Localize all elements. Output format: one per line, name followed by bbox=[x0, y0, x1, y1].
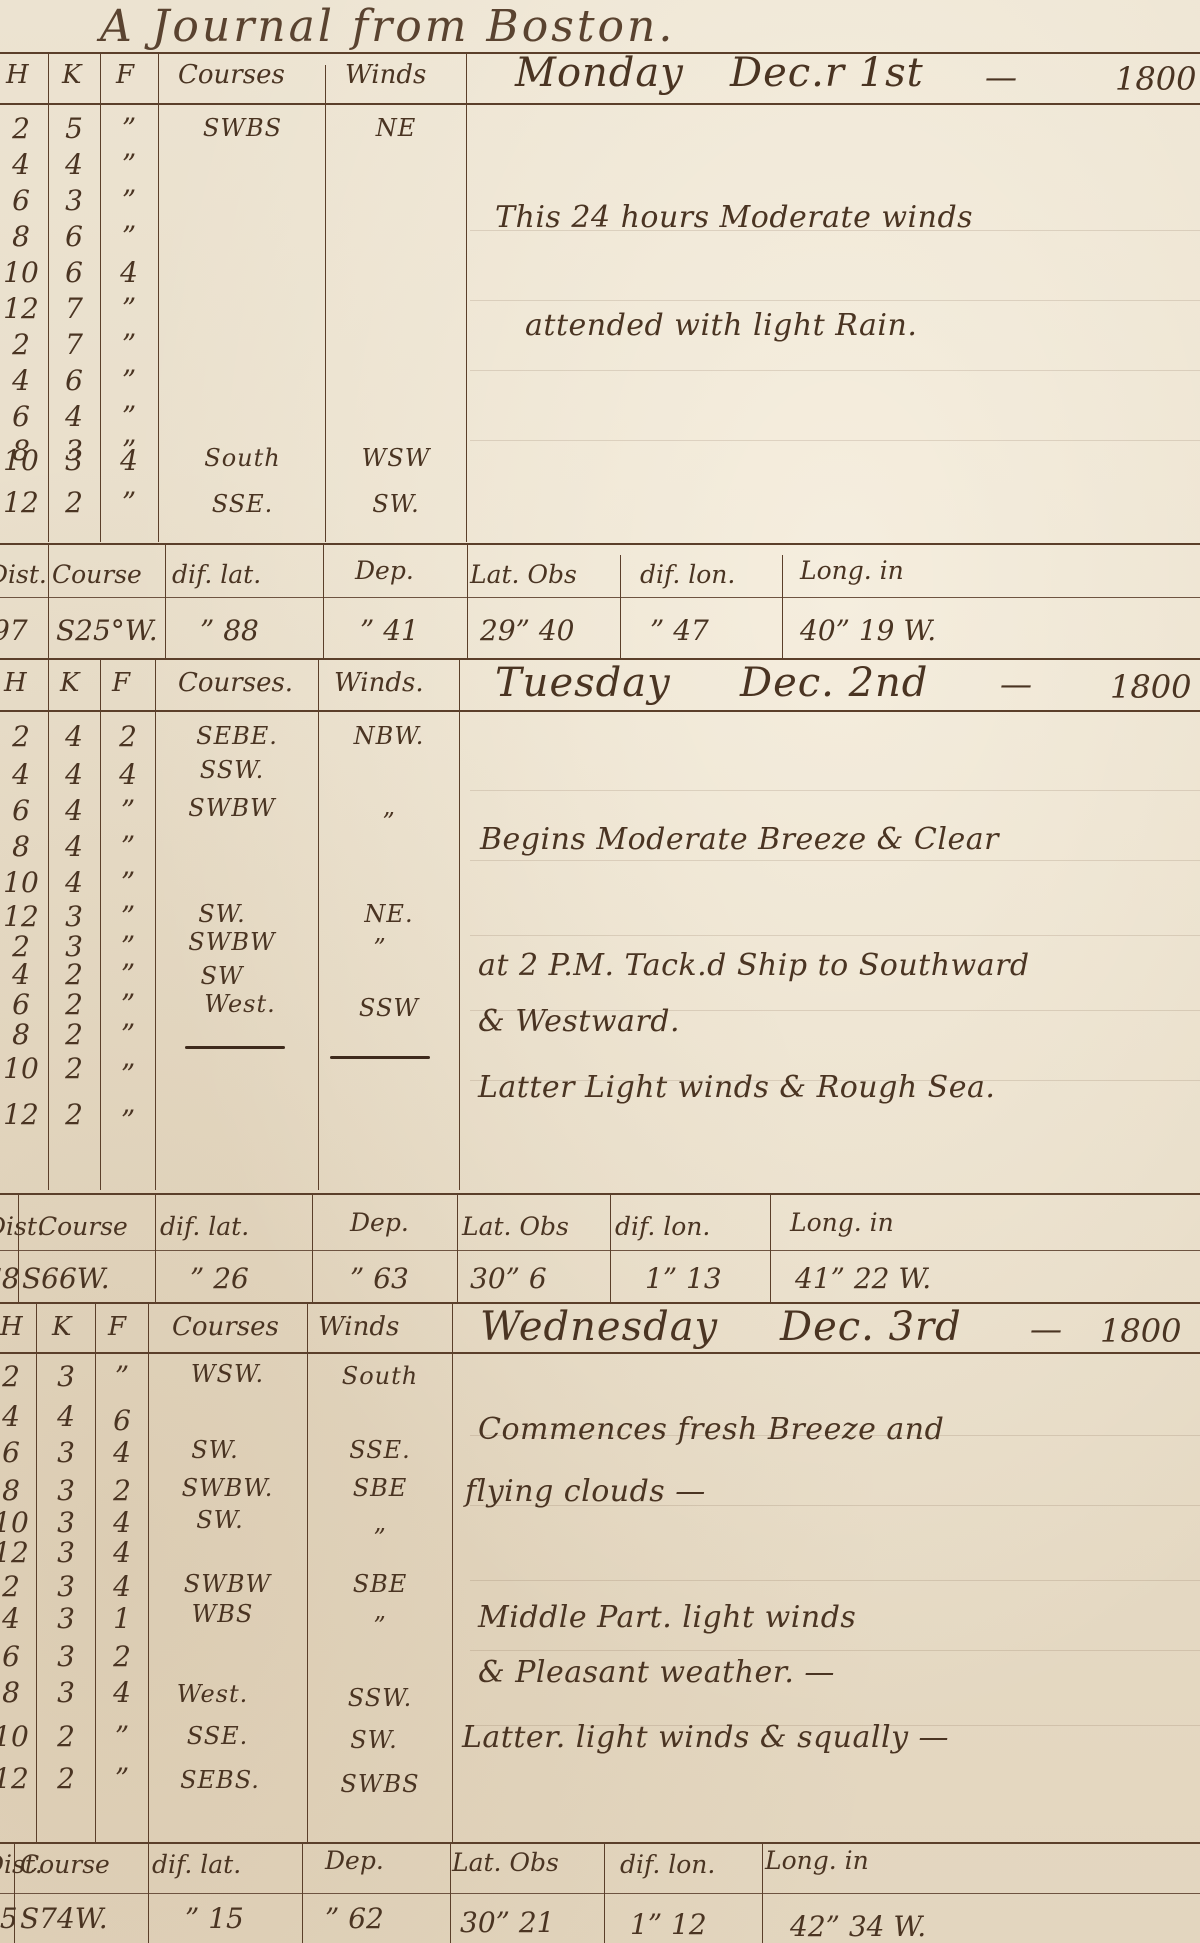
summary-header-dif-lat: dif. lat. bbox=[172, 560, 261, 589]
summary-dif-lon: ” 47 bbox=[650, 614, 709, 647]
fathoms-cell: ” bbox=[102, 866, 154, 899]
knots-cell: 2 bbox=[50, 1052, 98, 1085]
summary-header-course: Course bbox=[52, 560, 142, 589]
col-header-winds: Winds bbox=[318, 1312, 399, 1342]
col-header-winds: Winds bbox=[345, 60, 426, 90]
course-cell: SSE. bbox=[160, 490, 325, 518]
summary-long-in: 42” 34 W. bbox=[790, 1910, 926, 1943]
hour-cell: 8 bbox=[0, 1018, 42, 1051]
ruled-line bbox=[470, 1650, 1200, 1651]
fathoms-cell: ” bbox=[102, 1018, 154, 1051]
day-date: Dec. 2nd bbox=[740, 660, 928, 706]
col-header-hour: H bbox=[6, 60, 29, 90]
knots-cell: 4 bbox=[50, 866, 98, 899]
column-rule bbox=[100, 658, 101, 1190]
hour-cell: 10 bbox=[0, 1506, 32, 1539]
column-rule bbox=[450, 1842, 451, 1943]
col-header-winds: Winds. bbox=[334, 668, 424, 698]
summary-dist: 68 bbox=[0, 1262, 20, 1295]
remark-line: Latter. light winds & squally — bbox=[462, 1720, 949, 1755]
fathoms-cell: 2 bbox=[97, 1640, 147, 1673]
wind-cell: SW. bbox=[327, 490, 465, 518]
ruled-line bbox=[470, 935, 1200, 936]
journal-page: A Journal from Boston. H K F Courses Win… bbox=[0, 0, 1200, 1943]
course-cell: West. bbox=[150, 1680, 275, 1708]
hour-cell: 10 bbox=[0, 1052, 42, 1085]
wind-cell: WSW bbox=[327, 444, 465, 472]
rule bbox=[0, 1842, 1200, 1844]
col-header-courses: Courses bbox=[178, 60, 285, 90]
wind-cell: SWBS bbox=[309, 1770, 451, 1798]
knots-cell: 2 bbox=[50, 988, 98, 1021]
knots-cell: 4 bbox=[40, 1400, 92, 1433]
summary-header-dep: Dep. bbox=[355, 556, 414, 585]
summary-header-lat-obs: Lat. Obs bbox=[470, 560, 577, 589]
hour-cell: 6 bbox=[0, 1436, 32, 1469]
column-rule bbox=[318, 658, 319, 1190]
fathoms-cell: ” bbox=[102, 112, 156, 145]
remark-line: Latter Light winds & Rough Sea. bbox=[478, 1070, 995, 1105]
knots-cell: 3 bbox=[40, 1506, 92, 1539]
hour-cell: 2 bbox=[0, 112, 42, 145]
hour-cell: 12 bbox=[0, 292, 42, 325]
fathoms-cell: ” bbox=[102, 292, 156, 325]
date-dash: — bbox=[1000, 665, 1032, 703]
knots-cell: 7 bbox=[50, 292, 98, 325]
rule bbox=[0, 543, 1200, 545]
knots-cell: 3 bbox=[40, 1676, 92, 1709]
course-cell: SW. bbox=[157, 900, 287, 928]
wind-cell: ” bbox=[320, 934, 440, 962]
col-header-hour: H bbox=[0, 1312, 23, 1342]
knots-cell: 3 bbox=[50, 900, 98, 933]
course-cell: SWBW bbox=[157, 794, 307, 822]
col-header-knots: K bbox=[62, 60, 81, 90]
hour-cell: 6 bbox=[0, 794, 42, 827]
day-date: Dec. 3rd bbox=[780, 1304, 962, 1350]
fathoms-cell: ” bbox=[97, 1360, 147, 1393]
remark-line: This 24 hours Moderate winds bbox=[495, 200, 973, 235]
day-year: 1800 bbox=[1100, 1312, 1181, 1350]
day-weekday: Tuesday bbox=[495, 660, 671, 706]
remark-line: attended with light Rain. bbox=[525, 308, 917, 343]
hour-cell: 12 bbox=[0, 486, 42, 519]
wind-cell: NE. bbox=[320, 900, 458, 928]
knots-cell: 5 bbox=[50, 112, 98, 145]
column-rule bbox=[165, 543, 166, 658]
remark-line: Begins Moderate Breeze & Clear bbox=[480, 822, 999, 857]
course-cell: SSW. bbox=[157, 756, 307, 784]
fathoms-cell: 4 bbox=[97, 1506, 147, 1539]
wind-cell: SSW bbox=[320, 994, 458, 1022]
fathoms-cell: 6 bbox=[97, 1404, 147, 1437]
summary-header-dep: Dep. bbox=[350, 1208, 409, 1237]
knots-cell: 4 bbox=[50, 830, 98, 863]
hour-cell: 4 bbox=[0, 1400, 32, 1433]
ruled-line bbox=[470, 1580, 1200, 1581]
fathoms-cell: 2 bbox=[102, 720, 154, 753]
date-dash: — bbox=[1030, 1310, 1062, 1348]
remark-line: flying clouds — bbox=[465, 1474, 706, 1509]
column-rule bbox=[155, 1193, 156, 1302]
column-rule bbox=[48, 543, 49, 658]
hour-cell: 12 bbox=[0, 900, 42, 933]
knots-cell: 6 bbox=[50, 364, 98, 397]
hour-cell: 4 bbox=[0, 1602, 32, 1635]
fathoms-cell: 4 bbox=[97, 1436, 147, 1469]
hour-cell: 6 bbox=[0, 1640, 32, 1673]
knots-cell: 2 bbox=[40, 1720, 92, 1753]
column-rule bbox=[610, 1193, 611, 1302]
day-weekday: Monday bbox=[515, 50, 684, 96]
course-cell: SWBW. bbox=[150, 1474, 305, 1502]
rule bbox=[0, 1893, 1200, 1894]
hour-cell: 2 bbox=[0, 328, 42, 361]
fathoms-cell: ” bbox=[102, 184, 156, 217]
column-rule bbox=[302, 1842, 303, 1943]
fathoms-cell: ” bbox=[102, 328, 156, 361]
column-rule bbox=[158, 52, 159, 542]
col-header-courses: Courses. bbox=[178, 668, 293, 698]
ruled-line bbox=[470, 300, 1200, 301]
wind-cell: SBE bbox=[309, 1474, 451, 1502]
ruled-line bbox=[470, 860, 1200, 861]
ruled-line bbox=[470, 370, 1200, 371]
hour-cell: 6 bbox=[0, 400, 42, 433]
summary-header-dif-lon: dif. lon. bbox=[620, 1850, 715, 1879]
knots-cell: 3 bbox=[40, 1536, 92, 1569]
column-rule bbox=[155, 658, 156, 1190]
column-rule bbox=[782, 555, 783, 658]
course-cell: SW bbox=[157, 962, 287, 990]
fathoms-cell: 4 bbox=[97, 1676, 147, 1709]
column-rule bbox=[148, 1842, 149, 1943]
knots-cell: 6 bbox=[50, 220, 98, 253]
fathoms-cell: ” bbox=[97, 1762, 147, 1795]
hour-cell: 2 bbox=[0, 1570, 32, 1603]
course-cell: SW. bbox=[165, 1506, 275, 1534]
column-rule bbox=[762, 1842, 763, 1943]
column-rule bbox=[100, 52, 101, 542]
remark-line: Middle Part. light winds bbox=[478, 1600, 856, 1635]
fathoms-cell: ” bbox=[97, 1720, 147, 1753]
wind-cell: SSW. bbox=[309, 1684, 451, 1712]
hour-cell: 4 bbox=[0, 958, 42, 991]
fathoms-cell: 4 bbox=[97, 1570, 147, 1603]
col-header-hour: H bbox=[4, 668, 27, 698]
fathoms-cell: 4 bbox=[97, 1536, 147, 1569]
summary-header-dif-lon: dif. lon. bbox=[615, 1212, 710, 1241]
end-of-entry-stroke bbox=[185, 1046, 285, 1049]
column-rule bbox=[467, 543, 468, 658]
fathoms-cell: ” bbox=[102, 220, 156, 253]
summary-course: S74W. bbox=[20, 1902, 108, 1935]
summary-dist: 65 bbox=[0, 1902, 18, 1935]
column-rule bbox=[95, 1302, 96, 1842]
course-cell: SSE. bbox=[150, 1722, 285, 1750]
hour-cell: 2 bbox=[0, 1360, 32, 1393]
fathoms-cell: ” bbox=[102, 1104, 154, 1137]
wind-cell: NBW. bbox=[320, 722, 458, 750]
knots-cell: 3 bbox=[40, 1360, 92, 1393]
summary-header-dif-lat: dif. lat. bbox=[152, 1850, 241, 1879]
column-rule bbox=[452, 1302, 453, 1842]
fathoms-cell: 4 bbox=[102, 758, 154, 791]
wind-cell: ” bbox=[309, 1524, 451, 1552]
ruled-line bbox=[470, 790, 1200, 791]
fathoms-cell: ” bbox=[102, 148, 156, 181]
column-rule bbox=[459, 658, 460, 1190]
summary-lat-obs: 30” 6 bbox=[470, 1262, 547, 1295]
wind-cell: ” bbox=[309, 1612, 451, 1640]
ruled-line bbox=[470, 440, 1200, 441]
summary-long-in: 41” 22 W. bbox=[795, 1262, 931, 1295]
knots-cell: 3 bbox=[40, 1474, 92, 1507]
summary-lat-obs: 30” 21 bbox=[460, 1906, 554, 1939]
summary-long-in: 40” 19 W. bbox=[800, 614, 936, 647]
course-cell: West. bbox=[165, 990, 315, 1018]
remark-line: at 2 P.M. Tack.d Ship to Southward bbox=[478, 948, 1030, 983]
summary-header-dif-lon: dif. lon. bbox=[640, 560, 735, 589]
knots-cell: 3 bbox=[50, 444, 98, 477]
rule bbox=[0, 1250, 1200, 1251]
fathoms-cell: 1 bbox=[97, 1602, 147, 1635]
hour-cell: 10 bbox=[0, 1720, 32, 1753]
remark-line: & Pleasant weather. — bbox=[478, 1655, 835, 1690]
fathoms-cell: ” bbox=[102, 794, 154, 827]
column-rule bbox=[148, 1302, 149, 1842]
knots-cell: 4 bbox=[50, 400, 98, 433]
fathoms-cell: ” bbox=[102, 364, 156, 397]
column-rule bbox=[620, 555, 621, 658]
wind-cell: SBE bbox=[309, 1570, 451, 1598]
column-rule bbox=[604, 1842, 605, 1943]
rule bbox=[0, 597, 1200, 598]
fathoms-cell: ” bbox=[102, 958, 154, 991]
summary-dep: ” 62 bbox=[325, 1902, 384, 1935]
col-header-fathoms: F bbox=[116, 60, 134, 90]
summary-header-course: Course bbox=[38, 1212, 128, 1241]
hour-cell: 2 bbox=[0, 720, 42, 753]
knots-cell: 6 bbox=[50, 256, 98, 289]
col-header-courses: Courses bbox=[172, 1312, 279, 1342]
knots-cell: 3 bbox=[40, 1570, 92, 1603]
wind-cell: South bbox=[309, 1362, 451, 1390]
column-rule bbox=[36, 1302, 37, 1842]
day-date: Dec.r 1st bbox=[730, 50, 924, 96]
hour-cell: 8 bbox=[0, 1676, 32, 1709]
fathoms-cell: 4 bbox=[102, 256, 156, 289]
wind-cell: ” bbox=[320, 808, 458, 836]
column-rule bbox=[48, 52, 49, 542]
rule bbox=[0, 1352, 1200, 1354]
date-dash: — bbox=[985, 58, 1017, 96]
column-rule bbox=[457, 1193, 458, 1302]
fathoms-cell: ” bbox=[102, 1058, 154, 1091]
hour-cell: 10 bbox=[0, 256, 42, 289]
summary-header-dist: Dist. bbox=[0, 560, 47, 589]
summary-dif-lat: ” 26 bbox=[190, 1262, 249, 1295]
hour-cell: 10 bbox=[0, 444, 42, 477]
knots-cell: 2 bbox=[50, 1018, 98, 1051]
summary-lat-obs: 29” 40 bbox=[480, 614, 574, 647]
summary-header-long-in: Long. in bbox=[800, 556, 904, 585]
knots-cell: 3 bbox=[40, 1602, 92, 1635]
fathoms-cell: ” bbox=[102, 400, 156, 433]
summary-header-dif-lat: dif. lat. bbox=[160, 1212, 249, 1241]
knots-cell: 3 bbox=[40, 1436, 92, 1469]
column-rule bbox=[770, 1193, 771, 1302]
remark-line: Commences fresh Breeze and bbox=[478, 1412, 944, 1447]
column-rule bbox=[312, 1193, 313, 1302]
hour-cell: 4 bbox=[0, 148, 42, 181]
course-cell: SWBW bbox=[157, 928, 307, 956]
summary-dep: ” 41 bbox=[360, 614, 419, 647]
knots-cell: 3 bbox=[40, 1640, 92, 1673]
course-cell: SWBS bbox=[160, 114, 325, 142]
knots-cell: 2 bbox=[50, 486, 98, 519]
col-header-knots: K bbox=[52, 1312, 71, 1342]
column-rule bbox=[48, 658, 49, 1190]
fathoms-cell: 4 bbox=[102, 444, 156, 477]
summary-dif-lat: ” 15 bbox=[185, 1902, 244, 1935]
hour-cell: 12 bbox=[0, 1098, 42, 1131]
hour-cell: 8 bbox=[0, 830, 42, 863]
day-year: 1800 bbox=[1115, 60, 1196, 98]
rule bbox=[0, 1193, 1200, 1195]
knots-cell: 4 bbox=[50, 148, 98, 181]
fathoms-cell: ” bbox=[102, 988, 154, 1021]
knots-cell: 4 bbox=[50, 758, 98, 791]
wind-cell: SW. bbox=[309, 1726, 439, 1754]
knots-cell: 2 bbox=[40, 1762, 92, 1795]
end-of-entry-stroke bbox=[330, 1056, 430, 1059]
knots-cell: 3 bbox=[50, 184, 98, 217]
hour-cell: 10 bbox=[0, 866, 42, 899]
summary-header-dep: Dep. bbox=[325, 1846, 384, 1875]
knots-cell: 4 bbox=[50, 794, 98, 827]
summary-dif-lat: ” 88 bbox=[200, 614, 259, 647]
summary-dep: ” 63 bbox=[350, 1262, 409, 1295]
summary-header-course: Course bbox=[20, 1850, 110, 1879]
journal-title: A Journal from Boston. bbox=[100, 2, 675, 52]
course-cell: WBS bbox=[150, 1600, 295, 1628]
col-header-knots: K bbox=[60, 668, 79, 698]
summary-course: S25°W. bbox=[56, 614, 158, 647]
hour-cell: 12 bbox=[0, 1762, 32, 1795]
col-header-fathoms: F bbox=[112, 668, 130, 698]
column-rule bbox=[466, 52, 467, 542]
fathoms-cell: ” bbox=[102, 900, 154, 933]
hour-cell: 4 bbox=[0, 364, 42, 397]
wind-cell: NE bbox=[327, 114, 465, 142]
course-cell: SEBE. bbox=[157, 722, 317, 750]
day-year: 1800 bbox=[1110, 668, 1191, 706]
column-rule bbox=[323, 543, 324, 658]
column-rule bbox=[325, 65, 326, 542]
col-header-fathoms: F bbox=[108, 1312, 126, 1342]
hour-cell: 6 bbox=[0, 988, 42, 1021]
course-cell: WSW. bbox=[150, 1360, 305, 1388]
day-weekday: Wednesday bbox=[480, 1304, 718, 1350]
knots-cell: 4 bbox=[50, 720, 98, 753]
summary-dist: 97 bbox=[0, 614, 28, 647]
remark-line: & Westward. bbox=[478, 1004, 680, 1039]
hour-cell: 8 bbox=[0, 1474, 32, 1507]
summary-header-lat-obs: Lat. Obs bbox=[452, 1848, 559, 1877]
column-rule bbox=[307, 1302, 308, 1842]
rule bbox=[0, 103, 1200, 105]
hour-cell: 8 bbox=[0, 220, 42, 253]
knots-cell: 2 bbox=[50, 958, 98, 991]
hour-cell: 4 bbox=[0, 758, 42, 791]
summary-header-long-in: Long. in bbox=[790, 1208, 894, 1237]
course-cell: SWBW bbox=[150, 1570, 305, 1598]
hour-cell: 6 bbox=[0, 184, 42, 217]
knots-cell: 7 bbox=[50, 328, 98, 361]
course-cell: South bbox=[160, 444, 325, 472]
rule bbox=[0, 710, 1200, 712]
summary-header-long-in: Long. in bbox=[765, 1846, 869, 1875]
fathoms-cell: 2 bbox=[97, 1474, 147, 1507]
summary-dif-lon: 1” 12 bbox=[630, 1908, 707, 1941]
wind-cell: SSE. bbox=[309, 1436, 451, 1464]
fathoms-cell: ” bbox=[102, 830, 154, 863]
summary-course: S66W. bbox=[22, 1262, 110, 1295]
fathoms-cell: ” bbox=[102, 486, 156, 519]
knots-cell: 2 bbox=[50, 1098, 98, 1131]
hour-cell: 12 bbox=[0, 1536, 32, 1569]
summary-dif-lon: 1” 13 bbox=[645, 1262, 722, 1295]
course-cell: SEBS. bbox=[150, 1766, 290, 1794]
course-cell: SW. bbox=[150, 1436, 280, 1464]
summary-header-lat-obs: Lat. Obs bbox=[462, 1212, 569, 1241]
